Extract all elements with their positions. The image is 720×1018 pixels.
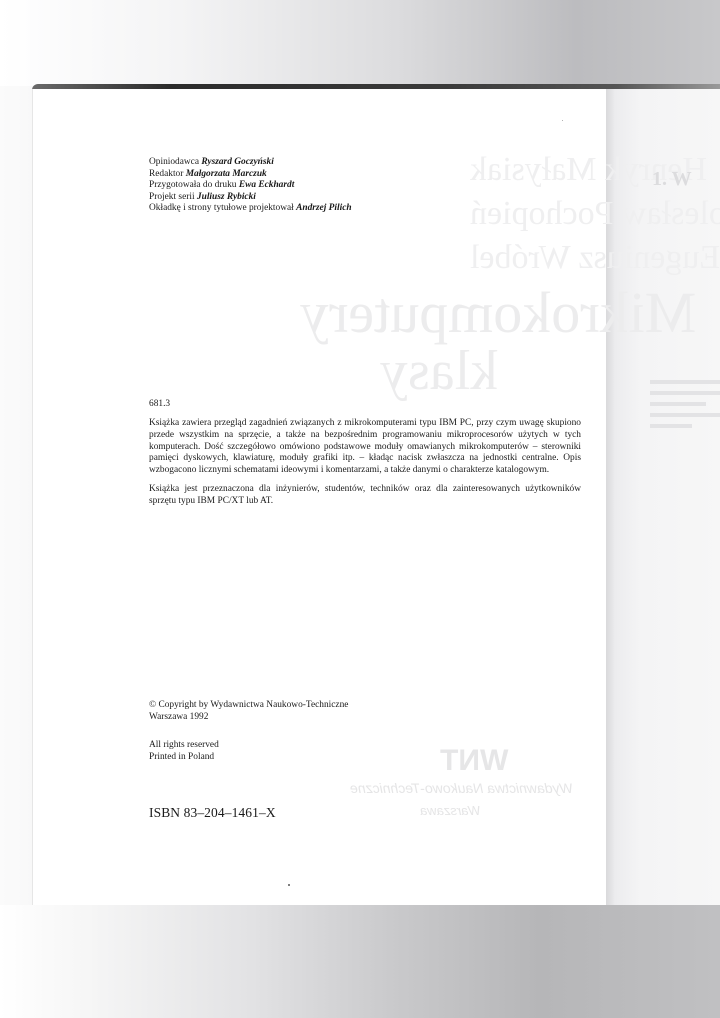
credit-line: Okładkę i strony tytułowe projektował An…: [149, 203, 352, 215]
dust-speck: [562, 120, 563, 121]
rights-line: All rights reserved: [149, 740, 219, 752]
credit-line: Przygotowała do druku Ewa Eckhardt: [149, 180, 352, 192]
dust-speck: [288, 884, 290, 886]
isbn: ISBN 83–204–1461–X: [149, 805, 276, 821]
scanner-background-top: [0, 0, 720, 86]
rights-block: All rights reserved Printed in Poland: [149, 740, 219, 763]
description-paragraph: Książka jest przeznaczona dla inżynierów…: [149, 484, 581, 508]
adjacent-page-heading: 1. W: [652, 168, 692, 191]
copyright-line: © Copyright by Wydawnictwa Naukowo-Techn…: [149, 700, 348, 712]
rights-line: Printed in Poland: [149, 752, 219, 764]
credit-line: Redaktor Małgorzata Marczuk: [149, 169, 352, 181]
credit-line: Projekt serii Juliusz Rybicki: [149, 192, 352, 204]
udc-classification: 681.3: [149, 399, 170, 409]
credit-line: Opiniodawca Ryszard Goczyński: [149, 157, 352, 169]
book-description: Książka zawiera przegląd zagadnień związ…: [149, 418, 581, 515]
copyright-block: © Copyright by Wydawnictwa Naukowo-Techn…: [149, 700, 348, 723]
copyright-line: Warszawa 1992: [149, 712, 348, 724]
adjacent-page: [606, 89, 720, 905]
adjacent-page-text-lines: [650, 380, 720, 435]
description-paragraph: Książka zawiera przegląd zagadnień związ…: [149, 418, 581, 477]
scanner-background-bottom: [0, 905, 720, 1018]
credits-block: Opiniodawca Ryszard Goczyński Redaktor M…: [149, 157, 352, 215]
